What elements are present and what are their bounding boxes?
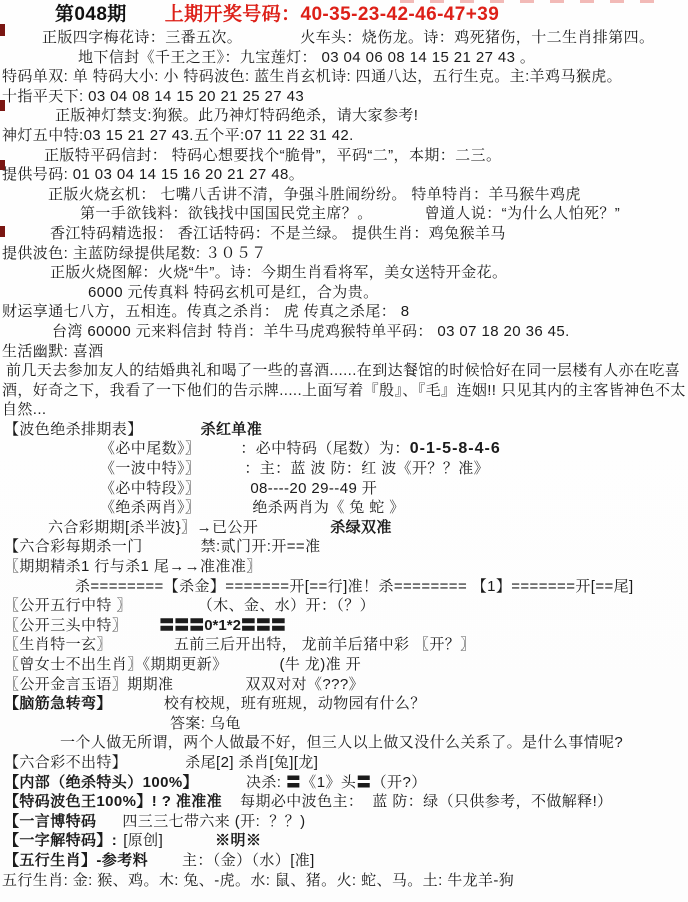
text-segment: 十指平天下: 03 04 08 14 15 20 21 25 27 43: [2, 87, 304, 107]
text-segment: 地下信封《千王之王》：九宝莲灯： 03 04 06 08 14 15 21 27…: [78, 48, 535, 68]
text-line: 正版四字梅花诗：三番五次。火车头：烧伤龙。诗：鸡死猪伤，十二生肖排第四。: [0, 28, 688, 48]
text-segment: 双双对对《???》: [245, 675, 364, 695]
text-segment: ※明※: [215, 831, 261, 851]
scan-mark-left-1: [0, 24, 5, 36]
text-segment: 提供号码: 01 03 04 14 15 16 20 21 27 48。: [2, 165, 304, 185]
text-segment: 禁:贰门开:开==准: [201, 537, 321, 557]
text-segment: 《必中尾数》〗: [100, 439, 200, 459]
text-segment: 每期必中波色主： 蓝 防：绿（只供参考，不做解释!）: [240, 792, 612, 812]
text-line: 【六合彩每期杀一门禁:贰门开:开==准: [0, 537, 688, 557]
text-segment: 绝杀两肖为《 兔 蛇 》: [252, 498, 404, 518]
text-segment: 【内部（绝杀特头）100%】: [4, 773, 198, 793]
text-segment: 〖公开金言玉语〗期期准: [4, 675, 173, 695]
text-line: 前几天去参加友人的结婚典礼和喝了一些的喜酒......在到达餐馆的时候恰好在同一…: [0, 361, 688, 381]
text-segment: 正版火烧图解：火烧“牛”。诗：今期生肖看将军，美女送特开金花。: [50, 263, 507, 283]
text-line: 《必中尾数》〗：必中特码（尾数）为：0-1-5-8-4-6: [0, 439, 688, 459]
scan-mark-left-2: [0, 100, 5, 111]
text-line: 答案: 乌龟: [0, 714, 688, 734]
text-line: 一个人做无所谓，两个人做最不好，但三人以上做又没什么关系了。是什么事情呢?: [0, 733, 688, 753]
text-line: 《一波中特》〗：主：蓝 波 防：红 波《开？？准》: [0, 459, 688, 479]
text-line: 正版神灯禁支:狗猴。此乃神灯特码绝杀，请大家参考!: [0, 106, 688, 126]
text-segment: 〓〓〓0*1*2〓〓〓: [159, 616, 286, 636]
text-segment: (牛 龙)准 开: [280, 655, 362, 675]
text-segment: 生活幽默: 喜酒: [2, 342, 104, 362]
text-line: 【一字解特码】:[原创]※明※: [0, 831, 688, 851]
text-segment: 〖曾女士不出生肖〗《期期更新》: [4, 655, 228, 675]
text-segment: 杀绿双准: [330, 518, 392, 538]
text-segment: 台湾 60000 元来料信封 特肖：羊牛马虎鸡猴特单平码： 03 07 18 2…: [52, 322, 570, 342]
text-segment: 财运享通七八方，五相连。传真之杀肖： 虎 传真之杀尾： 8: [2, 302, 409, 322]
text-segment: 〖生肖特一玄〗: [4, 635, 112, 655]
text-line: 【波色绝杀排期表】杀红单准: [0, 420, 688, 440]
scan-mark-left-3: [0, 160, 5, 170]
text-line: 【五行生肖】-参考料主：（金）（水）[准]: [0, 851, 688, 871]
text-line: 特码单双: 单 特码大小: 小 特码波色: 蓝生肖玄机诗: 四通八达，五行生克。…: [0, 67, 688, 87]
lottery-tip-sheet: 第048期上期开奖号码：40-35-23-42-46-47+39正版四字梅花诗：…: [0, 0, 688, 902]
text-line: 香江特码精选报： 香江话特码：不是兰绿。 提供生肖：鸡兔猴羊马: [0, 224, 688, 244]
text-segment: 【六合彩不出特】: [4, 753, 127, 773]
text-line: 自然...: [0, 400, 688, 420]
text-segment: 前几天去参加友人的结婚典礼和喝了一些的喜酒......在到达餐馆的时候恰好在同一…: [6, 361, 680, 381]
text-segment: 答案: 乌龟: [170, 714, 241, 734]
text-line: 正版特平码信封： 特码心想要找个“脆骨”，平码“二”，本期：二三。: [0, 146, 688, 166]
text-segment: 提供波色: 主蓝防绿提供尾数: ３０５７: [2, 244, 267, 264]
text-segment: 0-1-5-8-4-6: [410, 439, 501, 459]
text-line: 酒，好奇之下，我看了一下他们的告示牌.....上面写着『殷』、『毛』连姻!! 只…: [0, 381, 688, 401]
text-segment: [原创]: [123, 831, 163, 851]
text-line: 〖公开五行中特 〗（木、金、水）开：（？）: [0, 596, 688, 616]
text-segment: 【脑筋急转弯】: [4, 694, 112, 714]
text-line: 五行生肖: 金: 猴、鸡。木: 兔、-虎。水: 鼠、猪。火: 蛇、马。土: 牛龙…: [0, 871, 688, 891]
text-segment: 酒，好奇之下，我看了一下他们的告示牌.....上面写着『殷』、『毛』连姻!! 只…: [2, 381, 686, 401]
text-segment: 【五行生肖】-参考料: [4, 851, 148, 871]
text-line: 提供波色: 主蓝防绿提供尾数: ３０５７: [0, 244, 688, 264]
text-line: 第一手欲钱料：欲钱找中国国民党主席？。曾道人说：“为什么人怕死？”: [0, 204, 688, 224]
text-segment: 自然...: [2, 400, 47, 420]
text-segment: 四三三七带六来 (开: ？？): [122, 812, 305, 832]
text-segment: 【一言博特码: [4, 812, 96, 832]
text-line: 《绝杀两肖》〗绝杀两肖为《 兔 蛇 》: [0, 498, 688, 518]
text-segment: 〖公开三头中特〗: [4, 616, 127, 636]
text-line: 〖公开金言玉语〗期期准双双对对《???》: [0, 675, 688, 695]
text-line: 〖期期精杀1 行与杀1 尾→→准准准〗: [0, 557, 688, 577]
text-line: 十指平天下: 03 04 08 14 15 20 21 25 27 43: [0, 87, 688, 107]
issue-number: 第048期: [55, 2, 127, 27]
text-segment: 杀尾[2] 杀肖[兔][龙]: [185, 753, 318, 773]
scan-smudge-top: [400, 0, 670, 3]
text-line: 〖曾女士不出生肖〗《期期更新》(牛 龙)准 开: [0, 655, 688, 675]
text-segment: 《必中特段》〗: [100, 479, 200, 499]
text-segment: 五行生肖: 金: 猴、鸡。木: 兔、-虎。水: 鼠、猪。火: 蛇、马。土: 牛龙…: [2, 871, 514, 891]
text-segment: 火车头：烧伤龙。诗：鸡死猪伤，十二生肖排第四。: [300, 28, 654, 48]
text-line: 《必中特段》〗08----20 29--49 开: [0, 479, 688, 499]
text-segment: 《绝杀两肖》〗: [100, 498, 200, 518]
text-segment: 【一字解特码】:: [4, 831, 117, 851]
text-segment: ：主：蓝 波 防：红 波《开？？准》: [244, 459, 489, 479]
text-segment: ：必中特码（尾数）为：: [240, 439, 409, 459]
text-segment: 五前三后开出特， 龙前羊后猪中彩 〖开？〗: [174, 635, 476, 655]
text-segment: 正版神灯禁支:狗猴。此乃神灯特码绝杀，请大家参考!: [55, 106, 418, 126]
text-segment: 【六合彩每期杀一门: [4, 537, 143, 557]
text-line: 生活幽默: 喜酒: [0, 342, 688, 362]
text-line: 提供号码: 01 03 04 14 15 16 20 21 27 48。: [0, 165, 688, 185]
text-segment: 〖期期精杀1 行与杀1 尾→→准准准〗: [4, 557, 262, 577]
text-segment: 香江特码精选报： 香江话特码：不是兰绿。 提供生肖：鸡兔猴羊马: [50, 224, 506, 244]
text-segment: 第一手欲钱料：欲钱找中国国民党主席？。: [80, 204, 373, 224]
header-line: 第048期上期开奖号码：40-35-23-42-46-47+39: [0, 2, 688, 27]
text-segment: 决杀: 〓《1》头〓（开?）: [246, 773, 427, 793]
text-segment: （木、金、水）开：（？）: [198, 596, 375, 616]
text-line: 正版火烧图解：火烧“牛”。诗：今期生肖看将军，美女送特开金花。: [0, 263, 688, 283]
text-line: 台湾 60000 元来料信封 特肖：羊牛马虎鸡猴特单平码： 03 07 18 2…: [0, 322, 688, 342]
text-line: 财运享通七八方，五相连。传真之杀肖： 虎 传真之杀尾： 8: [0, 302, 688, 322]
text-line: 【脑筋急转弯】校有校规，班有班规，动物园有什么？: [0, 694, 688, 714]
text-segment: 《一波中特》〗: [100, 459, 200, 479]
text-segment: 【波色绝杀排期表】: [4, 420, 143, 440]
document-body: 第048期上期开奖号码：40-35-23-42-46-47+39正版四字梅花诗：…: [0, 2, 688, 890]
text-segment: 主：（金）（水）[准]: [182, 851, 315, 871]
text-line: 【特码波色王100%】! ? 准准准每期必中波色主： 蓝 防：绿（只供参考，不做…: [0, 792, 688, 812]
text-segment: 正版特平码信封： 特码心想要找个“脆骨”，平码“二”，本期：二三。: [44, 146, 501, 166]
text-line: 六合彩期期[杀半波}〗→已公开杀绿双准: [0, 518, 688, 538]
scan-mark-left-4: [0, 226, 5, 237]
text-line: 〖生肖特一玄〗五前三后开出特， 龙前羊后猪中彩 〖开？〗: [0, 635, 688, 655]
text-segment: 一个人做无所谓，两个人做最不好，但三人以上做又没什么关系了。是什么事情呢?: [60, 733, 623, 753]
text-line: 地下信封《千王之王》：九宝莲灯： 03 04 06 08 14 15 21 27…: [0, 48, 688, 68]
text-segment: 特码单双: 单 特码大小: 小 特码波色: 蓝生肖玄机诗: 四通八达，五行生克。…: [2, 67, 622, 87]
text-segment: 曾道人说：“为什么人怕死？”: [425, 204, 621, 224]
text-segment: 六合彩期期[杀半波}〗→已公开: [48, 518, 258, 538]
text-segment: 〖公开五行中特 〗: [4, 596, 132, 616]
text-segment: 神灯五中特:03 15 21 27 43.五个平:07 11 22 31 42.: [2, 126, 354, 146]
text-line: 【内部（绝杀特头）100%】决杀: 〓《1》头〓（开?）: [0, 773, 688, 793]
text-line: 杀========【杀金】=======开[==行]准！杀======== 【1…: [0, 577, 688, 597]
text-segment: 6000 元传真料 特码玄机可是红，合为贵。: [88, 283, 379, 303]
text-line: 6000 元传真料 特码玄机可是红，合为贵。: [0, 283, 688, 303]
text-segment: 【特码波色王100%】! ? 准准准: [4, 792, 222, 812]
text-line: 【一言博特码四三三七带六来 (开: ？？): [0, 812, 688, 832]
text-segment: 杀========【杀金】=======开[==行]准！杀======== 【1…: [75, 577, 634, 597]
text-segment: 08----20 29--49 开: [250, 479, 377, 499]
text-line: 神灯五中特:03 15 21 27 43.五个平:07 11 22 31 42.: [0, 126, 688, 146]
text-line: 【六合彩不出特】杀尾[2] 杀肖[兔][龙]: [0, 753, 688, 773]
text-line: 〖公开三头中特〗〓〓〓0*1*2〓〓〓: [0, 616, 688, 636]
text-segment: 杀红单准: [201, 420, 263, 440]
text-segment: 正版四字梅花诗：三番五次。: [42, 28, 242, 48]
text-segment: 正版火烧玄机： 七嘴八舌讲不清，争强斗胜闹纷纷。 特单特肖：羊马猴牛鸡虎: [48, 185, 581, 205]
last-draw-numbers: 上期开奖号码：40-35-23-42-46-47+39: [165, 2, 499, 27]
text-segment: 校有校规，班有班规，动物园有什么？: [164, 694, 426, 714]
text-line: 正版火烧玄机： 七嘴八舌讲不清，争强斗胜闹纷纷。 特单特肖：羊马猴牛鸡虎: [0, 185, 688, 205]
